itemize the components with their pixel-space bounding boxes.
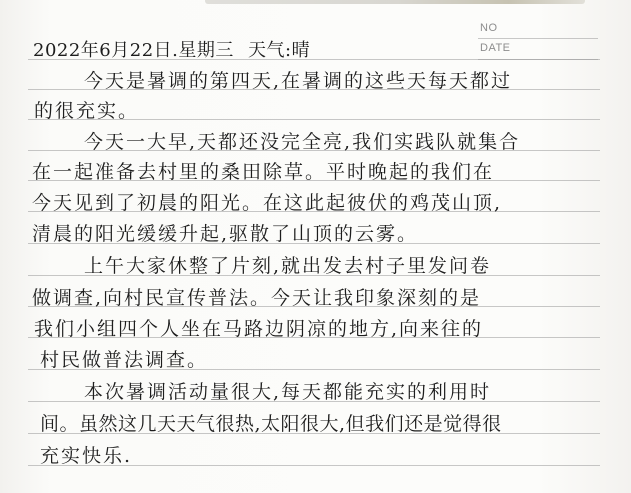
diary-line: 本次暑调活动量很大,每天都能充实的利用时 bbox=[84, 377, 491, 404]
no-rule bbox=[478, 38, 598, 39]
diary-line: 村民做普法调查。 bbox=[40, 345, 208, 372]
diary-line: 今天是暑调的第四天,在暑调的这些天每天都过 bbox=[84, 66, 512, 93]
diary-line: 今天见到了初晨的阳光。在这此起彼伏的鸡茂山顶, bbox=[32, 188, 502, 215]
diary-line: 在一起准备去村里的桑田除草。平时晚起的我们在 bbox=[32, 157, 494, 184]
diary-line: 今天一大早,天都还没完全亮,我们实践队就集合 bbox=[84, 127, 520, 154]
page-top-shadow bbox=[205, 0, 585, 4]
date-label: DATE bbox=[480, 42, 511, 54]
diary-line: 清晨的阳光缓缓升起,驱散了山顶的云雾。 bbox=[32, 219, 418, 246]
diary-line: 间。虽然这几天天气很热,太阳很大,但我们还是觉得很 bbox=[40, 409, 502, 436]
entry-weather: 天气:晴 bbox=[248, 36, 310, 62]
notebook-page: NO DATE 2022年6月22日.星期三 天气:晴 今天是暑调的第四天,在暑… bbox=[0, 0, 631, 493]
diary-line: 我们小组四个人坐在马路边阴凉的地方,向来往的 bbox=[34, 314, 483, 341]
diary-line: 的很充实。 bbox=[34, 96, 139, 123]
diary-line: 上午大家休整了片刻,就出发去村子里发问卷 bbox=[84, 251, 491, 278]
diary-line: 充实快乐. bbox=[40, 441, 132, 468]
no-label: NO bbox=[480, 22, 498, 34]
entry-date: 2022年6月22日.星期三 bbox=[33, 36, 234, 62]
diary-line: 做调查,向村民宣传普法。今天让我印象深刻的是 bbox=[32, 283, 481, 310]
